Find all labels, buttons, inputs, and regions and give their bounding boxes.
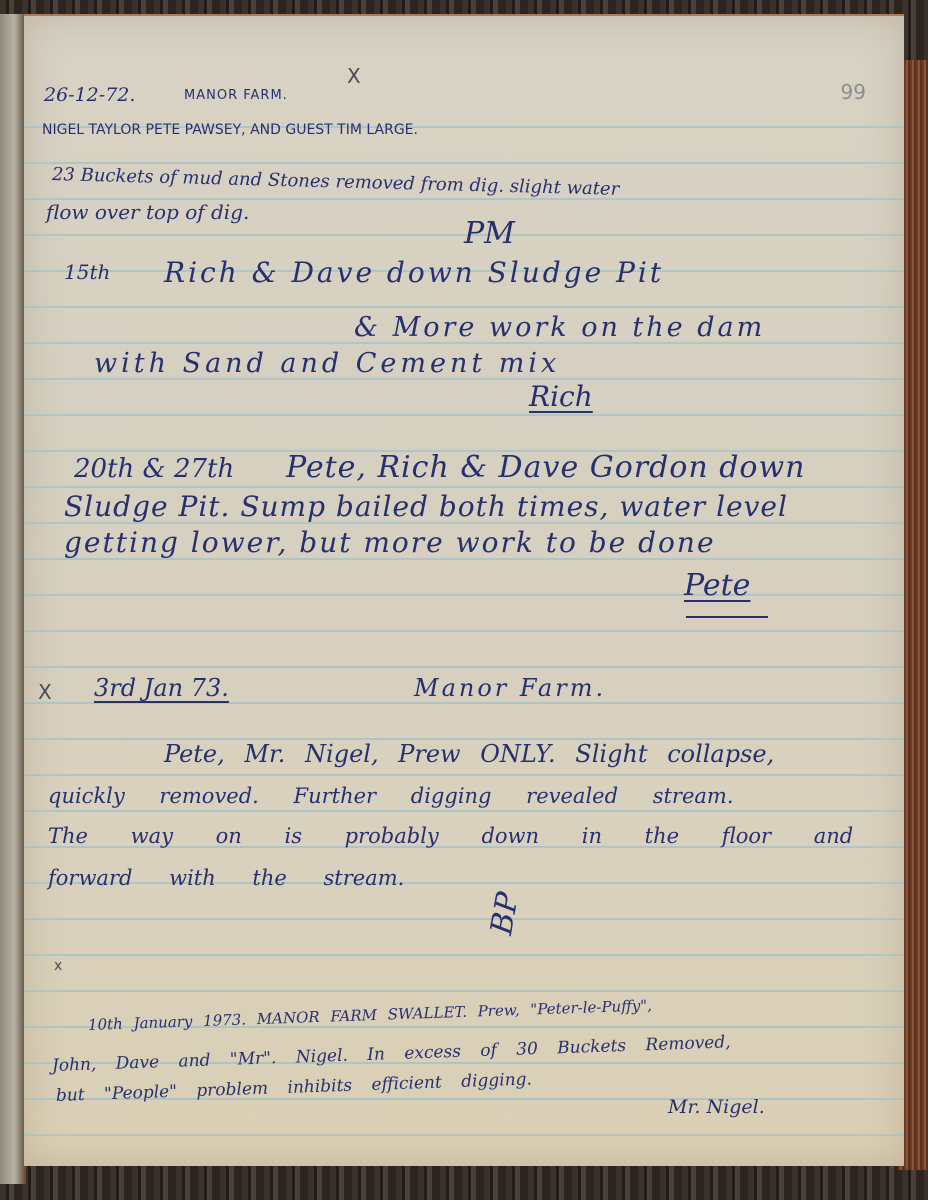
entry-1-line: NIGEL TAYLOR PETE PAWSEY, AND GUEST TIM … [42,122,418,138]
entry-2-line: & More work on the dam [354,312,765,343]
entry-2-line: with Sand and Cement mix [94,348,560,379]
entry-4-date: 3rd Jan 73. [94,674,229,702]
entry-1-signature: PM [464,216,515,251]
margin-cross-mark: X [38,680,52,704]
entry-2-line: Rich & Dave down Sludge Pit [164,256,664,289]
margin-cross-mark: x [54,958,62,974]
margin-cross-mark: X [347,64,361,88]
logbook-page: 99 X 26-12-72. MANOR FARM. NIGEL TAYLOR … [24,14,904,1166]
entry-3-date: 20th & 27th [74,454,234,484]
entry-2-signature: Rich [529,380,593,413]
entry-4-signature: BP [484,890,526,938]
entry-1-location: MANOR FARM. [184,88,288,103]
entry-3-line: Sludge Pit. Sump bailed both times, wate… [64,490,788,523]
entry-4-line: quickly removed. Further digging reveale… [48,784,734,808]
entry-3-line: getting lower, but more work to be done [64,526,716,559]
entry-1-date: 26-12-72. [44,84,135,106]
entry-3-line: Pete, Rich & Dave Gordon down [286,450,806,485]
previous-page-edge [0,14,26,1184]
entry-4-location: Manor Farm. [414,674,606,702]
page-number: 99 [841,80,866,104]
entry-4-line: forward with the stream. [48,866,404,890]
entry-1-line: flow over top of dig. [46,200,249,224]
signature-double-underline [686,616,768,618]
entry-5-signature: Mr. Nigel. [668,1096,765,1118]
entry-2-date: 15th [64,260,110,284]
entry-3-signature: Pete [684,568,750,603]
entry-4-line: Pete, Mr. Nigel, Prew ONLY. Slight colla… [164,740,774,768]
entry-4-line: The way on is probably down in the floor… [48,824,853,848]
